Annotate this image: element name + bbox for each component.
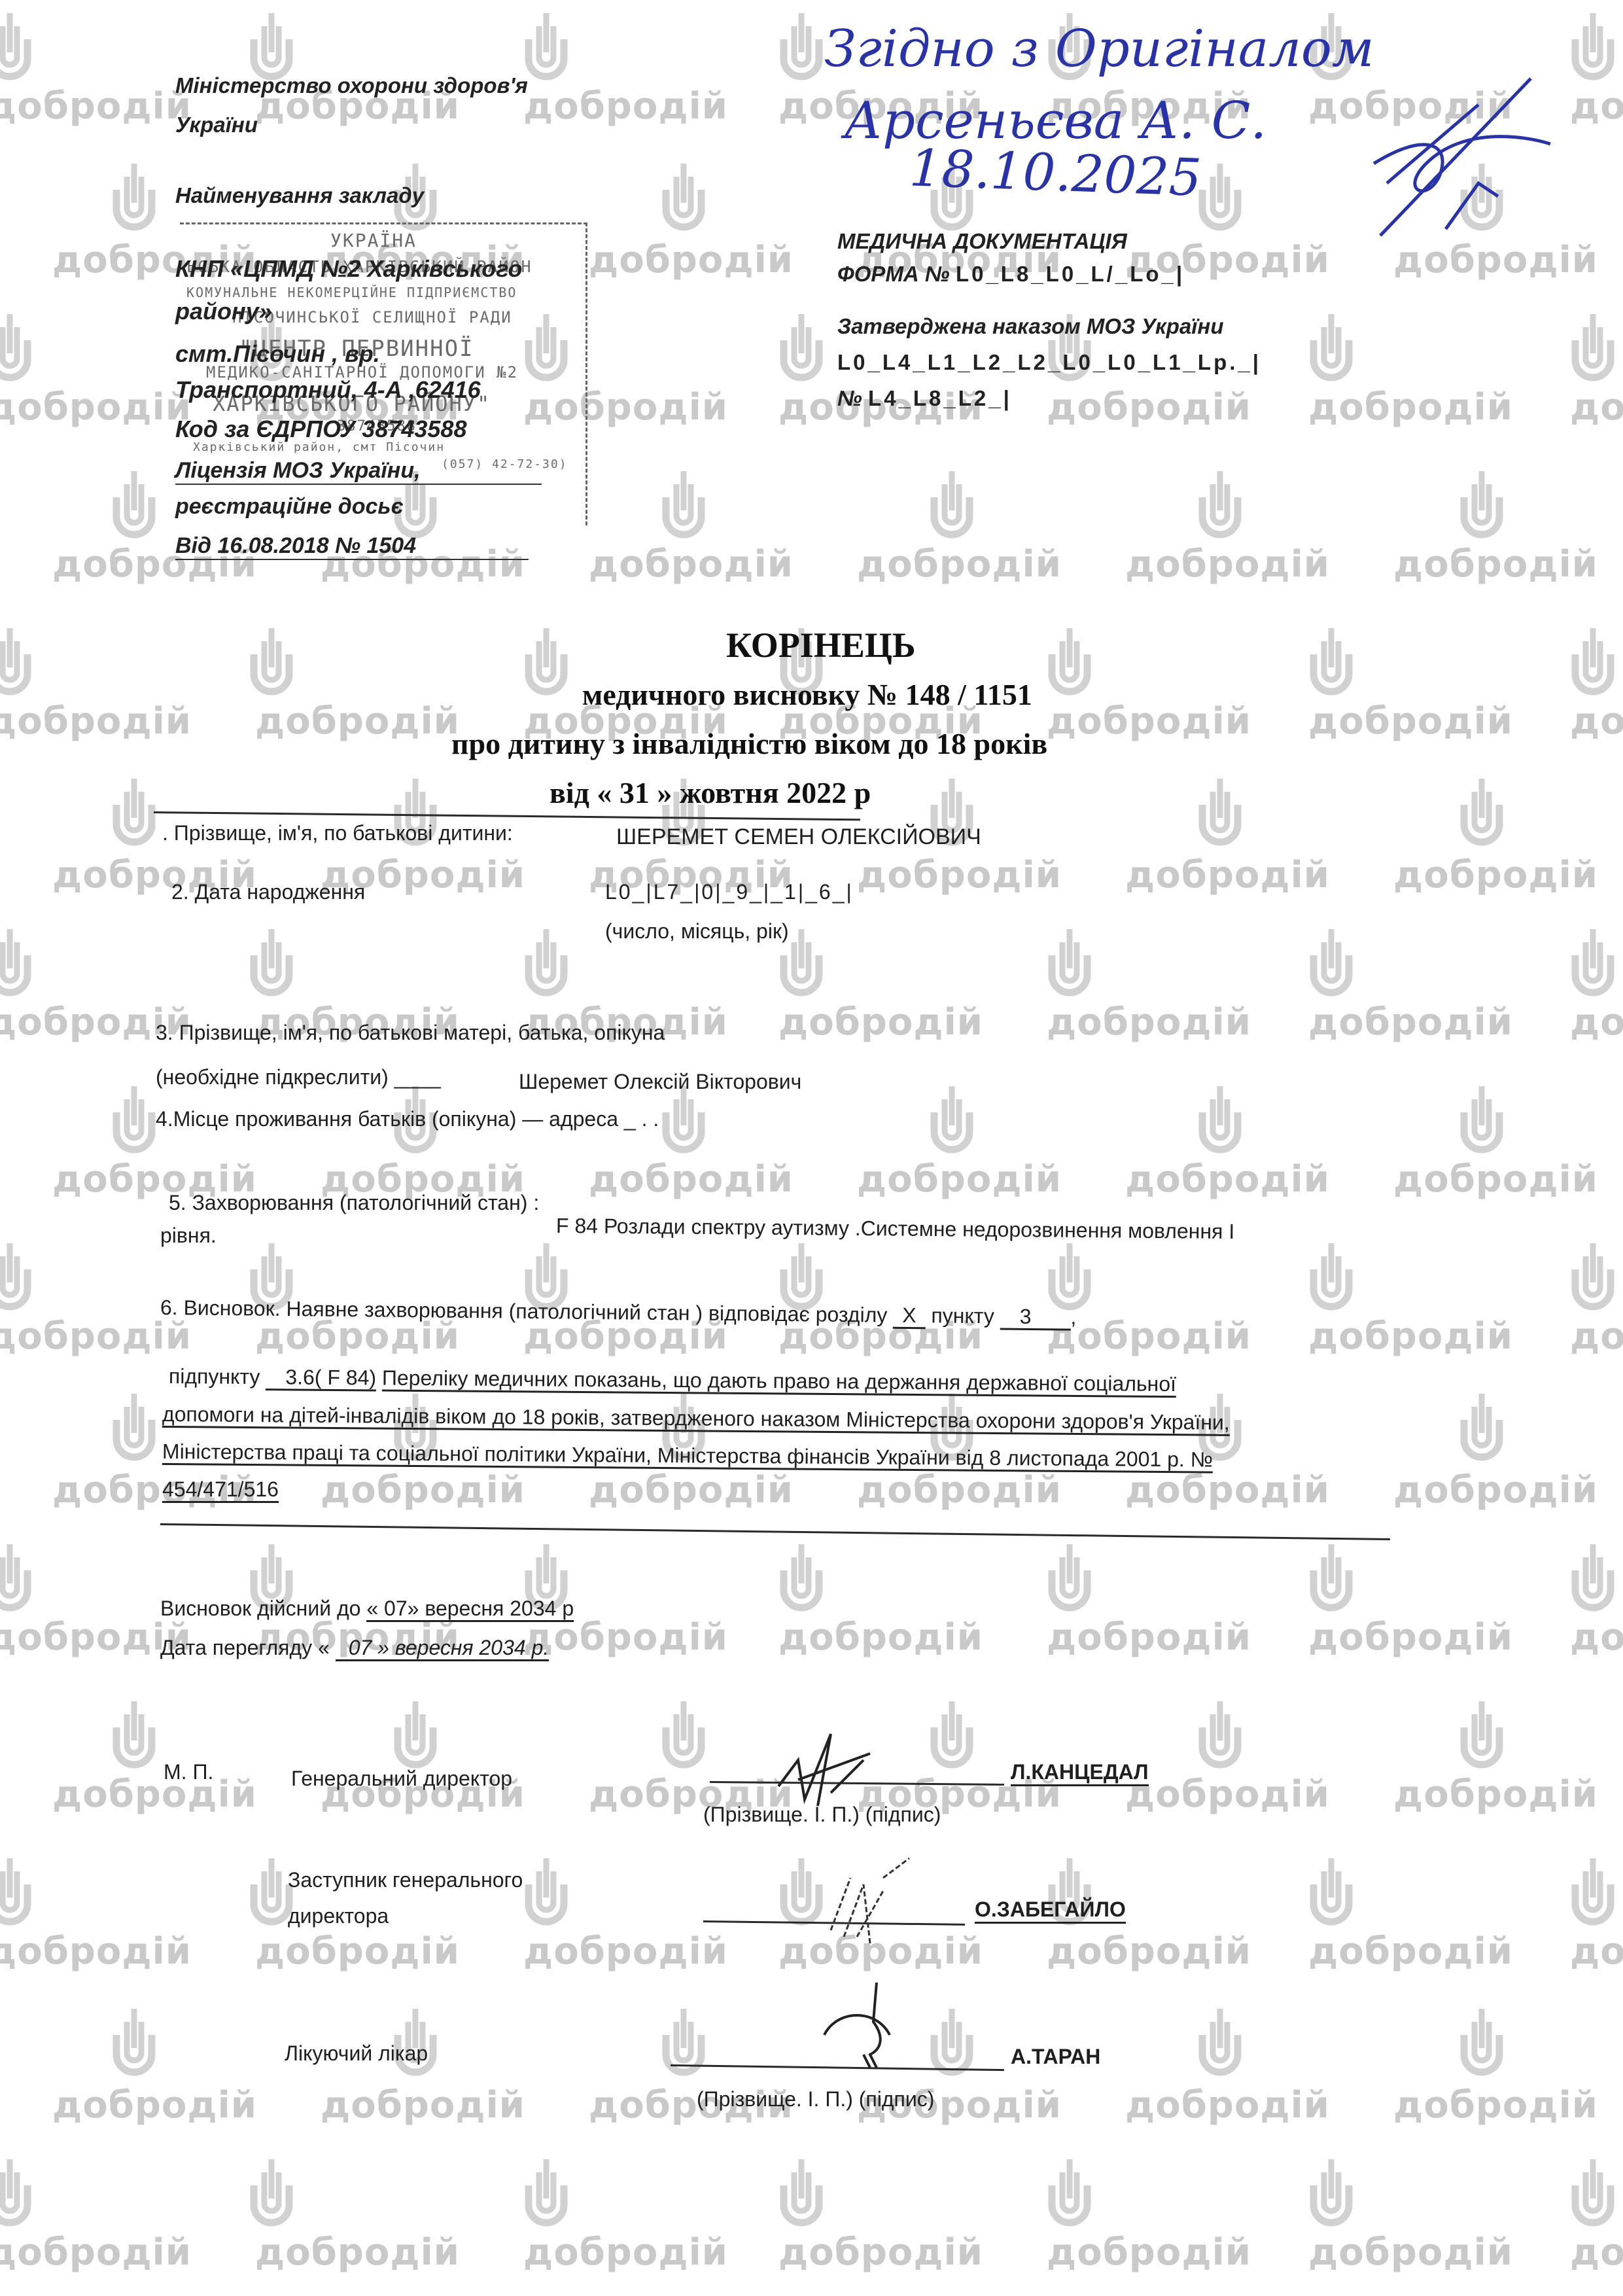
signature-hint: (Прізвище. І. П.) (підпис): [697, 2087, 934, 2111]
license-label: Ліцензія МОЗ України,: [175, 458, 542, 485]
ministry-line-2: України: [175, 113, 258, 137]
dob-label: 2. Дата народження: [171, 880, 365, 904]
document-page: Згідно з Оригіналом Арсеньєва А. С. 18.1…: [0, 0, 1623, 2296]
address-label: 4.Місце проживання батьків (опікуна) — а…: [156, 1107, 659, 1131]
conclusion-point: 3: [1000, 1304, 1071, 1330]
ministry-line-1: Міністерство охорони здоров'я: [175, 73, 528, 98]
child-name-label: . Прізвище, ім'я, по батькові дитини:: [162, 821, 513, 845]
signer-role-director: Генеральний директор: [291, 1767, 512, 1791]
review-row: Дата перегляду « 07 » вересня 2034 р.: [160, 1636, 549, 1660]
form-label: ФОРМА № L0_L8_L0_L/_Lo_|: [837, 262, 1185, 287]
conclusion-section: X: [893, 1303, 926, 1330]
institution-label: Найменування закладу: [175, 183, 424, 208]
institution-line-4: Транспортний, 4-А ,62416: [175, 376, 481, 404]
validity-row: Висновок дійсний до « 07» вересня 2034 р: [160, 1597, 574, 1621]
document-subject: про дитину з інвалідністю віком до 18 ро…: [451, 726, 1047, 761]
certification-line-2: Арсеньєва А. С.: [844, 92, 1266, 150]
document-title: КОРІНЕЦЬ: [726, 625, 916, 665]
signer-role-deputy-continued: директора: [288, 1904, 389, 1928]
conclusion-intro: 6. Висновок. Наявне захворювання (патоло…: [160, 1296, 1077, 1330]
deputy-signature-icon: [818, 1852, 916, 1950]
stamp-line: УКРАЇНА: [330, 230, 417, 251]
form-number-label: ФОРМА №: [837, 262, 950, 286]
disease-value-continued: рівня.: [160, 1224, 217, 1248]
form-number: L0_L8_L0_L/_Lo_|: [956, 262, 1185, 286]
conclusion-number: медичного висновку № 148 / 1151: [582, 677, 1032, 712]
institution-line-1: КНП «ЦПМД №2 Харківського: [175, 255, 523, 283]
doctor-name: А.ТАРАН: [1011, 2045, 1100, 2069]
institution-line-5: Код за ЄДРПОУ 38743588: [175, 415, 466, 443]
subpoint-row: підпункту 3.6( F 84) Переліку медичних п…: [169, 1364, 1176, 1396]
conclusion-text-line: Міністерства праці та соціальної політик…: [162, 1439, 1213, 1474]
disease-label: 5. Захворювання (патологічний стан) :: [169, 1191, 539, 1215]
review-date-label: Дата перегляду «: [160, 1636, 330, 1659]
approved-date: L0_L4_L1_L2_L2_L0_L0_L1_Lр._|: [837, 350, 1261, 375]
institution-line-3: смт.Пісочин , вр.: [175, 340, 380, 368]
order-number: L4_L8_L2_|: [868, 386, 1012, 410]
valid-until-value: « 07» вересня 2034 р: [366, 1597, 574, 1622]
parent-label-hint: (необхідне підкреслити) ____: [156, 1065, 441, 1089]
doctor-signature-icon: [811, 1983, 922, 2074]
subpoint-value: 3.6( F 84): [266, 1365, 376, 1391]
order-number-row: № L4_L8_L2_|: [837, 386, 1012, 411]
medical-documentation-title: МЕДИЧНА ДОКУМЕНТАЦІЯ: [837, 229, 1127, 254]
deputy-name: О.ЗАБЕГАЙЛО: [975, 1898, 1126, 1924]
child-name-value: ШЕРЕМЕТ СЕМЕН ОЛЕКСІЙОВИЧ: [616, 824, 981, 850]
conclusion-text-line: Переліку медичних показань, що дають пра…: [382, 1366, 1176, 1398]
disease-value: F 84 Розлади спектру аутизму .Системне н…: [556, 1214, 1235, 1244]
parent-name-value: Шеремет Олексій Вікторович: [519, 1070, 801, 1094]
title-underline: [154, 811, 860, 821]
valid-until-label: Висновок дійсний до: [160, 1597, 360, 1620]
certification-line-3: 18.10.2025: [909, 139, 1202, 208]
dossier-label: реєстраційне досьє: [175, 494, 404, 520]
conclusion-text: 6. Висновок. Наявне захворювання (патоло…: [160, 1296, 888, 1327]
director-name: Л.КАНЦЕДАЛ: [1011, 1760, 1149, 1786]
institution-line-2: району»: [175, 298, 272, 325]
parent-label: 3. Прізвище, ім'я, по батькові матері, б…: [156, 1021, 665, 1045]
signature-hint: (Прізвище. І. П.) (підпис): [703, 1803, 941, 1827]
stamp-line: ПІСОЧИНСЬКОЇ СЕЛИЩНОЇ РАДИ: [232, 308, 512, 327]
conclusion-text-line: допомоги на дітей-інвалідів віком до 18 …: [162, 1402, 1230, 1436]
blank-line: [160, 1523, 1390, 1540]
dob-hint: (число, місяць, рік): [605, 919, 789, 944]
conclusion-point-label: пункту: [931, 1303, 994, 1328]
license-date: Від 16.08.2018 № 1504: [175, 533, 529, 560]
signer-role-doctor: Лікуючий лікар: [285, 2041, 428, 2066]
order-number-label: №: [837, 386, 862, 410]
certification-signature-icon: [1282, 65, 1557, 242]
document-date: від « 31 » жовтня 2022 р: [550, 775, 871, 810]
dob-value: L0_|L7_|0|_9_|_1|_6_|: [605, 880, 854, 904]
subpoint-label: підпункту: [169, 1364, 260, 1388]
review-date-value: 07 » вересня 2034 р.: [336, 1636, 550, 1661]
conclusion-text-line: 454/471/516: [162, 1477, 279, 1503]
signer-role-deputy: Заступник генерального: [288, 1868, 523, 1892]
seal-place-label: М. П.: [164, 1760, 213, 1784]
approved-by-label: Затверджена наказом МОЗ України: [837, 314, 1224, 339]
